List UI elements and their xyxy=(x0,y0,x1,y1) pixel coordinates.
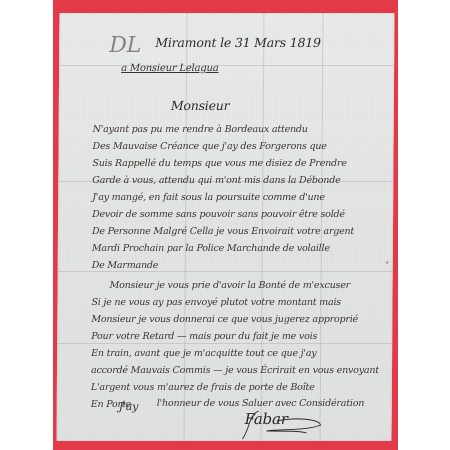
body-line: accordé Mauvais Commis — je vous Écrirai… xyxy=(91,365,379,376)
body-line: Suis Rappellé du temps que vous me disie… xyxy=(92,158,346,169)
body-line: En train, avant que je m'acquitte tout c… xyxy=(91,348,316,359)
closing-prefix: J'ay xyxy=(119,400,138,413)
body-line: Monsieur je vous donnerai ce que vous ju… xyxy=(91,314,358,325)
body-line: L'argent vous m'aurez de frais de porte … xyxy=(91,382,315,393)
monogram: DL xyxy=(109,33,141,58)
body-line: Mardi Prochain par la Police Marchande d… xyxy=(92,243,330,254)
fold-crease-horizontal xyxy=(57,343,392,344)
salutation: Monsieur xyxy=(171,98,230,113)
body-line: De Personne Malgré Cella je vous Envoira… xyxy=(92,226,354,237)
letter-paper: DL Miramont le 31 Mars 1819 a Monsieur L… xyxy=(57,13,395,441)
ink-stain xyxy=(386,261,389,264)
body-line: Des Mauvaise Créance que j'ay des Forger… xyxy=(93,141,327,152)
body-line: Monsieur je vous prie d'avoir la Bonté d… xyxy=(110,280,350,291)
body-line: Si je ne vous ay pas envoyé plutot votre… xyxy=(91,297,341,308)
body-line: Garde à vous, attendu qui m'ont mis dans… xyxy=(92,175,340,186)
closing-text: l'honneur de vous Saluer avec Considérat… xyxy=(157,398,364,409)
signature-flourish xyxy=(237,409,327,441)
addressee: a Monsieur Lelagua xyxy=(121,63,218,74)
body-line: N'ayant pas pu me rendre à Bordeaux atte… xyxy=(93,124,308,135)
fold-crease-horizontal xyxy=(58,271,393,272)
dateline: Miramont le 31 Mars 1819 xyxy=(155,35,321,50)
body-line: De Marmande xyxy=(92,260,159,271)
body-line: J'ay mangé, en fait sous la poursuite co… xyxy=(92,192,325,203)
fold-crease-horizontal xyxy=(59,65,394,66)
body-line: Devoir de somme sans pouvoir sans pouvoi… xyxy=(92,209,345,220)
body-line: Pour votre Retard — mais pour du fait je… xyxy=(91,331,317,342)
scan-stage: DL Miramont le 31 Mars 1819 a Monsieur L… xyxy=(0,0,450,450)
